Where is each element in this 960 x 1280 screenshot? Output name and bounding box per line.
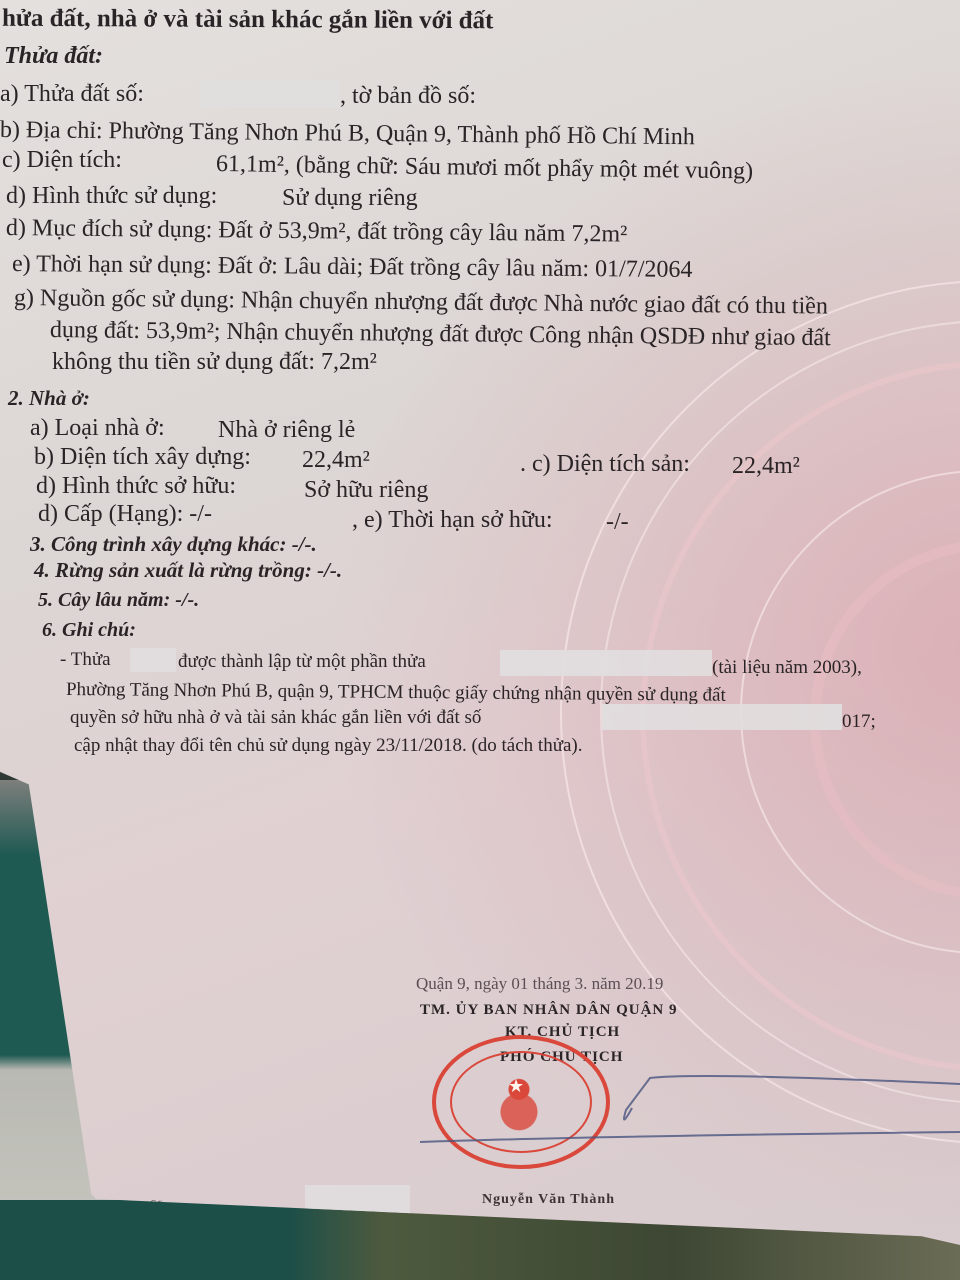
- ownership-term-value: -/-: [606, 508, 629, 536]
- map-sheet-label: , tờ bản đồ số:: [340, 82, 476, 110]
- house-type-label: a) Loại nhà ở:: [30, 414, 165, 442]
- note-document-year: (tài liệu năm 2003),: [712, 654, 862, 682]
- house-type-value: Nhà ở riêng lẻ: [218, 416, 355, 444]
- ownership-form-label: d) Hình thức sở hữu:: [36, 472, 236, 500]
- usage-form-label: d) Hình thức sử dụng:: [6, 182, 217, 210]
- usage-origin-3: không thu tiền sử dụng đất: 7,2m²: [52, 348, 377, 376]
- usage-purpose: d) Mục đích sử dụng: Đất ở 53,9m², đất t…: [6, 214, 628, 249]
- page-title: hửa đất, nhà ở và tài sản khác gắn liền …: [2, 5, 494, 36]
- section-5: 5. Cây lâu năm: -/-.: [38, 586, 199, 614]
- section-2-heading: 2. Nhà ở:: [8, 384, 90, 412]
- usage-origin-1: g) Nguồn gốc sử dụng: Nhận chuyển nhượng…: [14, 284, 828, 321]
- area-label: c) Diện tích:: [2, 146, 122, 174]
- note-parcel-prefix: - Thửa: [60, 646, 111, 674]
- note-formed-from: được thành lập từ một phần thửa: [178, 648, 426, 676]
- redacted-certificate-number: [602, 704, 842, 730]
- certificate-page: hửa đất, nhà ở và tài sản khác gắn liền …: [0, 0, 960, 1245]
- section-3: 3. Công trình xây dựng khác: -/-.: [30, 530, 317, 558]
- note-update: cập nhật thay đổi tên chủ sử dụng ngày 2…: [74, 732, 583, 760]
- ownership-term-label: , e) Thời hạn sở hữu:: [352, 506, 553, 534]
- note-certificate-suffix: 017;: [842, 708, 876, 736]
- section-1-heading: Thửa đất:: [4, 42, 103, 70]
- usage-form-value: Sử dụng riêng: [282, 184, 418, 212]
- ownership-form-value: Sở hữu riêng: [304, 476, 428, 504]
- usage-term: e) Thời hạn sử dụng: Đất ở: Lâu dài; Đất…: [12, 250, 693, 284]
- handwritten-signature: [400, 1060, 960, 1160]
- floor-area-label: . c) Diện tích sản:: [520, 450, 690, 478]
- note-certificate: quyền sở hữu nhà ở và tài sản khác gắn l…: [70, 704, 481, 732]
- construction-area-value: 22,4m²: [302, 446, 370, 474]
- parcel-number-label: a) Thửa đất số:: [0, 80, 144, 108]
- area-value: 61,1m², (bằng chữ: Sáu mươi mốt phẩy một…: [216, 150, 754, 185]
- construction-area-label: b) Diện tích xây dựng:: [34, 443, 251, 471]
- signer-name: Nguyễn Văn Thành: [482, 1186, 615, 1214]
- redacted-parcel-number: [200, 80, 340, 108]
- usage-origin-2: dụng đất: 53,9m²; Nhận chuyển nhượng đất…: [50, 316, 831, 352]
- grade-label: d) Cấp (Hạng): -/-: [38, 500, 212, 528]
- section-6-heading: 6. Ghi chú:: [42, 616, 136, 644]
- floor-area-value: 22,4m²: [732, 452, 800, 480]
- section-4: 4. Rừng sản xuất là rừng trồng: -/-.: [34, 556, 342, 584]
- redacted-source-parcel: [500, 650, 712, 676]
- redacted-parcel: [130, 648, 176, 672]
- place-date: Quận 9, ngày 01 tháng 3. năm 20.19: [416, 970, 663, 998]
